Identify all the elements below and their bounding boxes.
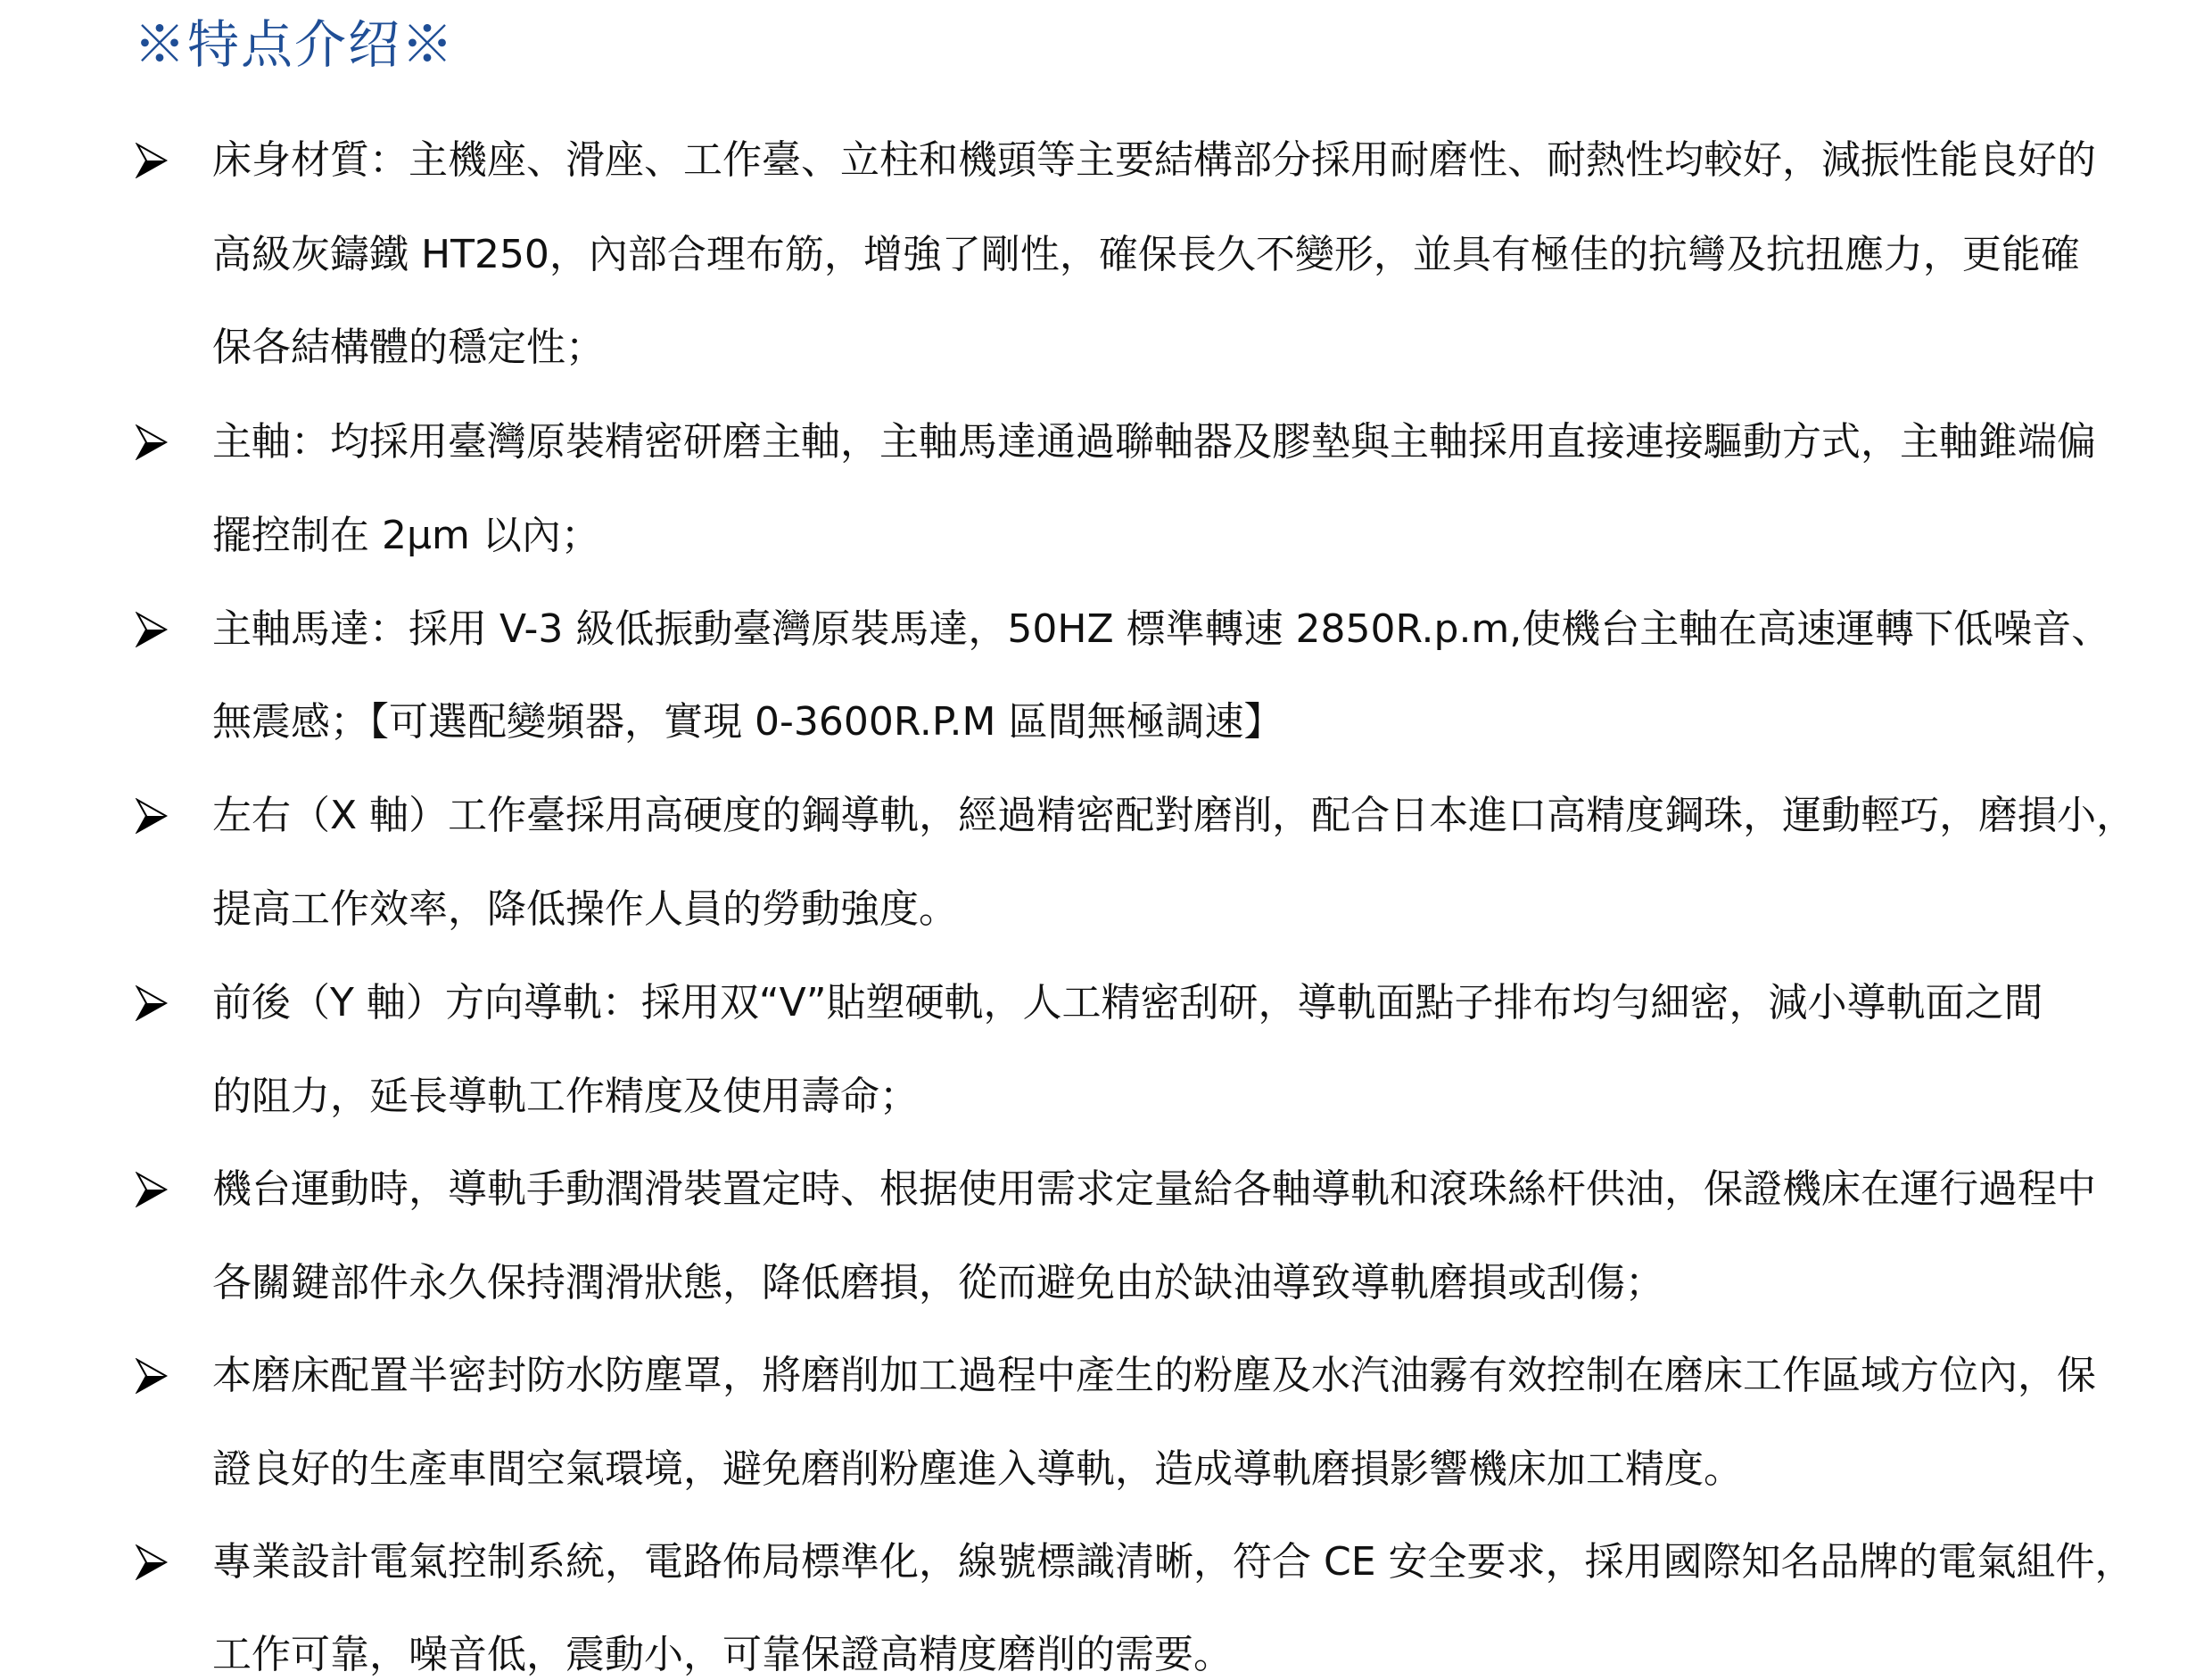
arrowhead-bullet-icon [134,1172,169,1207]
arrowhead-bullet-icon [134,798,169,834]
feature-line: 保各結構體的穩定性； [212,321,605,375]
feature-line: 主軸：均採用臺灣原裝精密研磨主軸，主軸馬達通過聯軸器及膠墊與主軸採用直接連接驅動… [212,416,2096,469]
arrowhead-bullet-icon [134,1544,169,1580]
feature-line: 床身材質：主機座、滑座、工作臺、立柱和機頭等主要結構部分採用耐磨性、耐熱性均較好… [212,134,2096,187]
feature-line: 擺控制在 2μm 以內； [212,509,600,563]
feature-line: 左右（X 軸）工作臺採用高硬度的鋼導軌，經過精密配對磨削，配合日本進口高精度鋼珠… [212,789,2135,843]
feature-line: 專業設計電氣控制系統，電路佈局標準化，線號標識清晰，符合 CE 安全要求，採用國… [212,1536,2134,1589]
feature-line: 提高工作效率，降低操作人員的勞動強度。 [212,883,958,936]
feature-line: 各關鍵部件永久保持潤滑狀態，降低磨損，從而避免由於缺油導致導軌磨損或刮傷； [212,1256,1664,1310]
arrowhead-bullet-icon [134,612,169,647]
feature-line: 本磨床配置半密封防水防塵罩，將磨削加工過程中產生的粉塵及水汽油霧有效控制在磨床工… [212,1349,2096,1403]
arrowhead-bullet-icon [134,143,169,178]
arrowhead-bullet-icon [134,1358,169,1394]
feature-line: 高級灰鑄鐵 HT250，內部合理布筋，增強了剛性，確保長久不變形，並具有極佳的抗… [212,228,2080,282]
feature-line: 無震感；【可選配變頻器，實現 0-3600R.P.M 區間無極調速】 [212,696,1283,749]
feature-line: 證良好的生產車間空氣環境，避免磨削粉塵進入導軌，造成導軌磨損影響機床加工精度。 [212,1443,1743,1496]
feature-line: 前後（Y 軸）方向導軌：採用双“V”貼塑硬軌，人工精密刮研，導軌面點子排布均勻細… [212,976,2043,1030]
feature-line: 機台運動時，導軌手動潤滑裝置定時、根据使用需求定量給各軸導軌和滾珠絲杆供油，保證… [212,1163,2096,1216]
feature-line: 主軸馬達：採用 V-3 級低振動臺灣原裝馬達，50HZ 標準轉速 2850R.p… [212,603,2110,656]
feature-line: 工作可靠，噪音低，震動小，可靠保證高精度磨削的需要。 [212,1628,1233,1680]
arrowhead-bullet-icon [134,985,169,1021]
feature-line: 的阻力，延長導軌工作精度及使用壽命； [212,1070,919,1124]
arrowhead-bullet-icon [134,424,169,460]
section-title: ※特点介绍※ [134,9,455,80]
